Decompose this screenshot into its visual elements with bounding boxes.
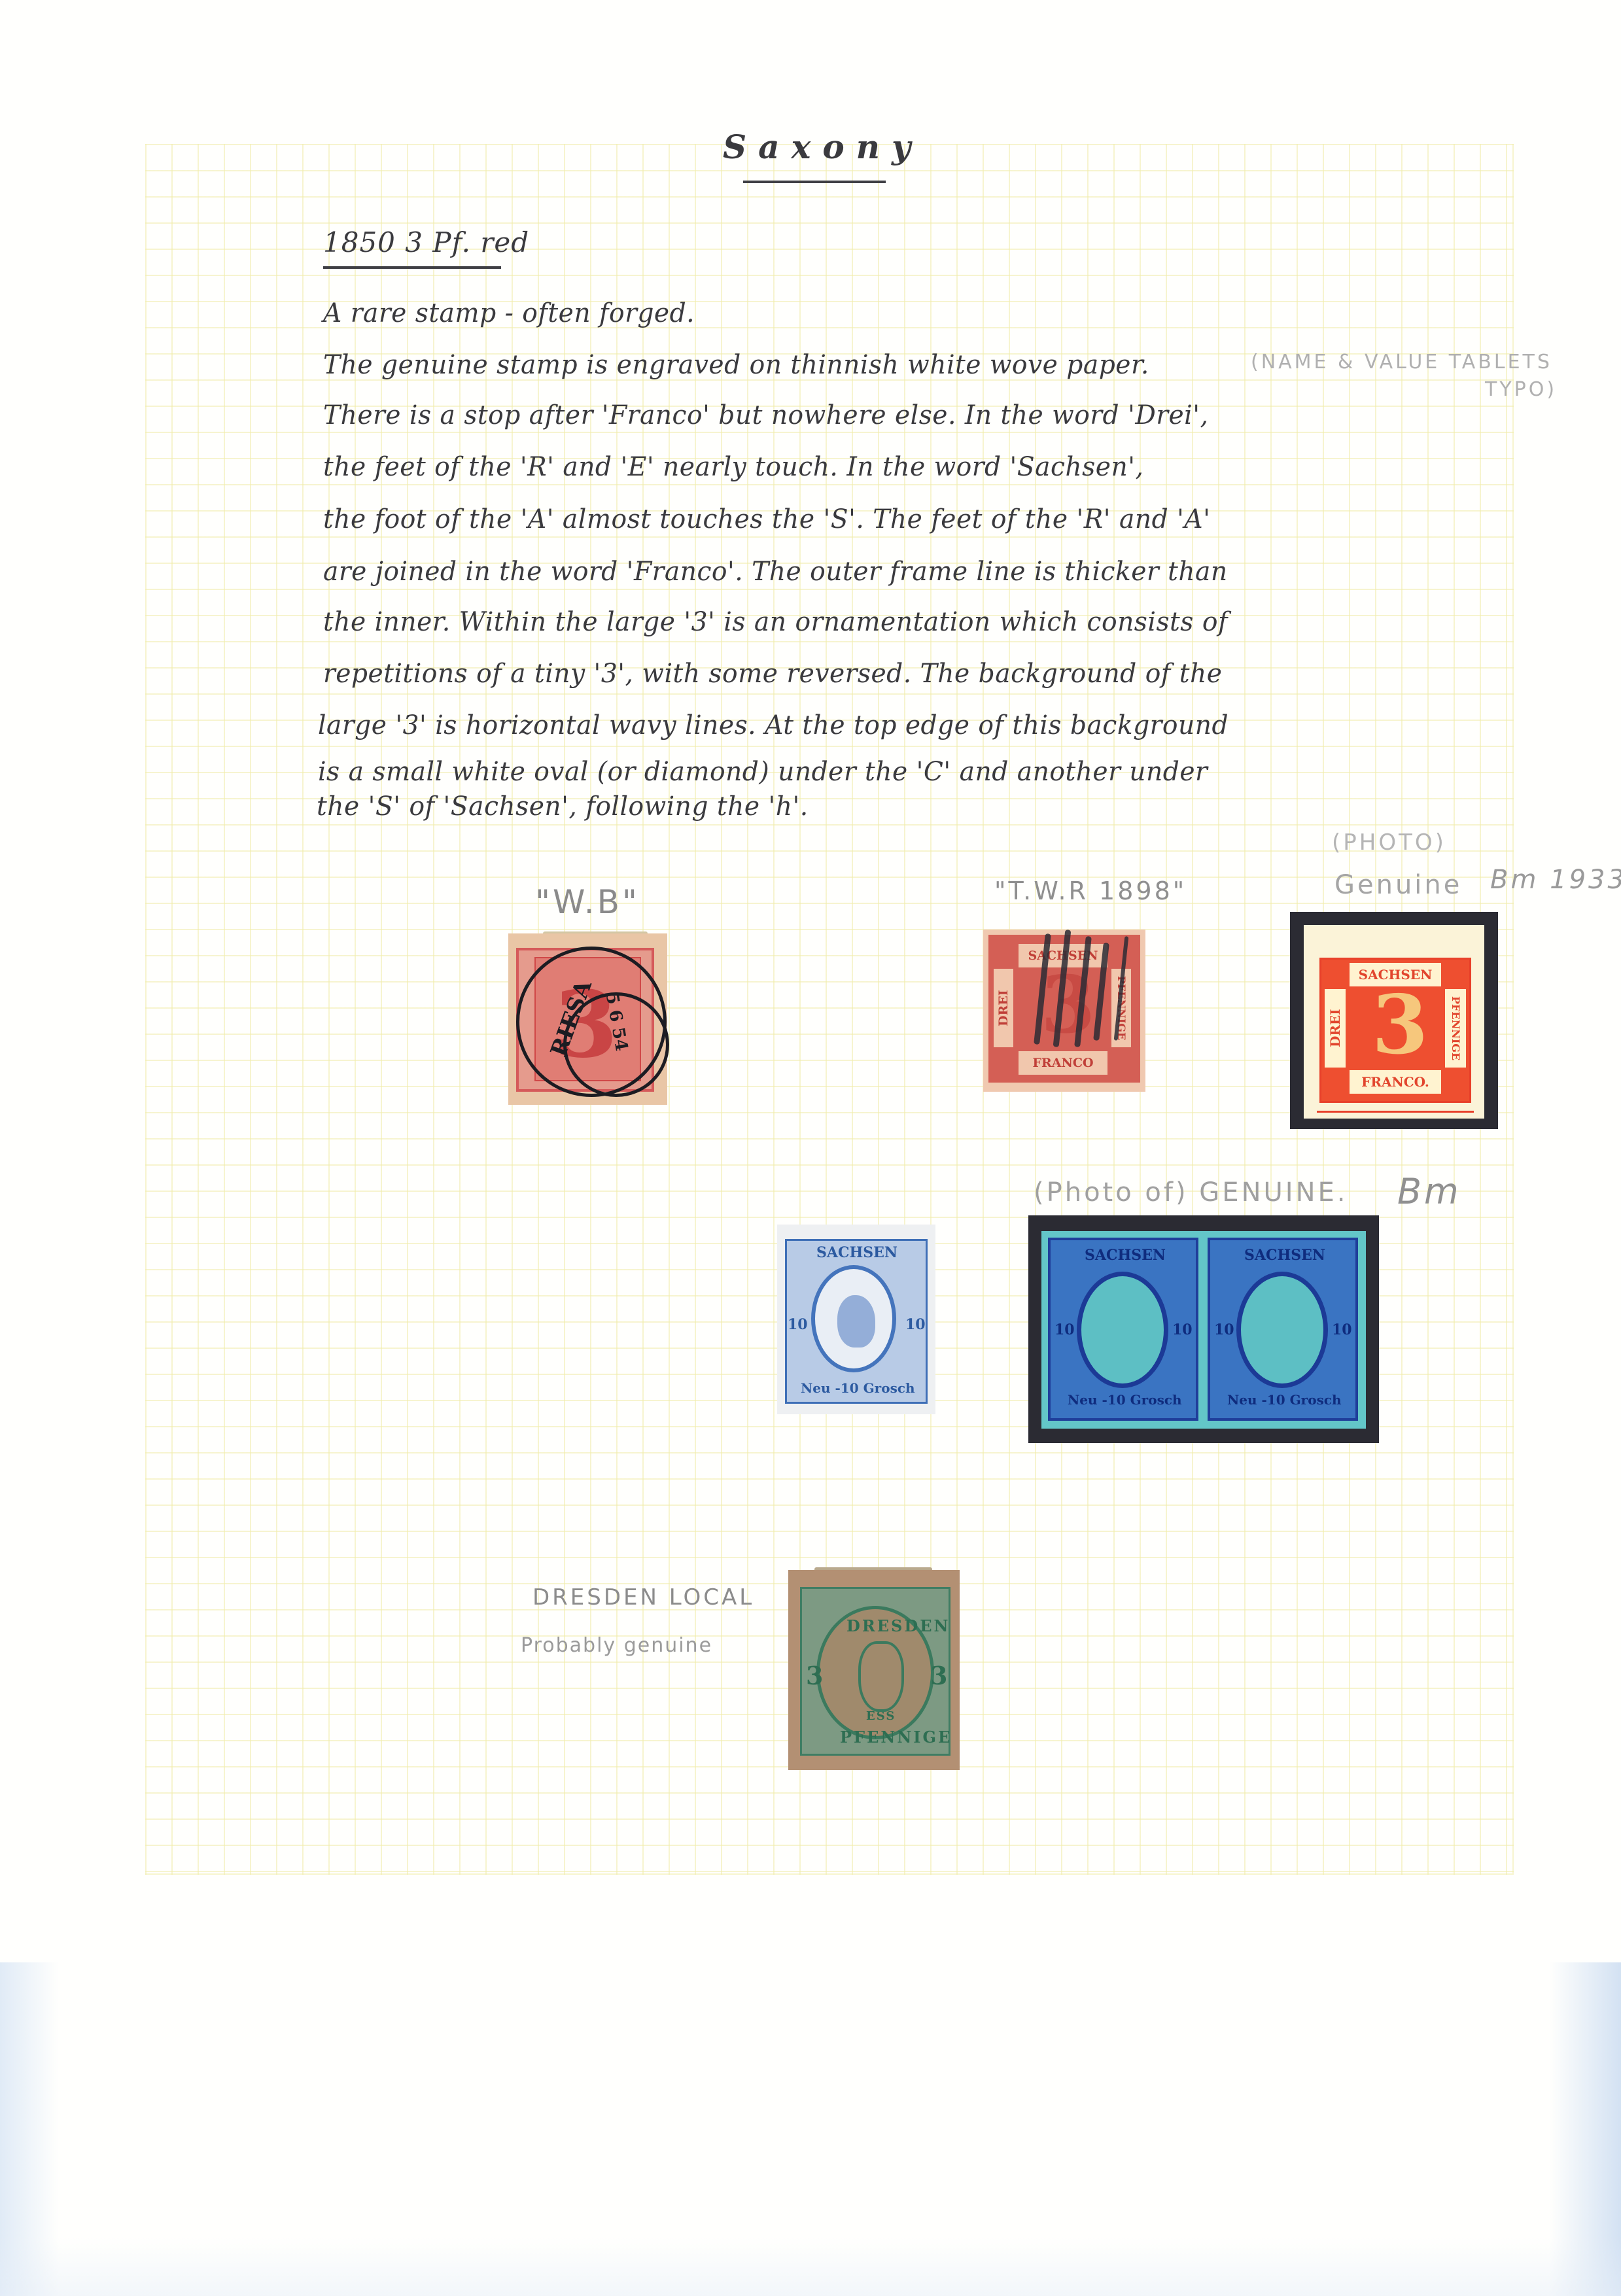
stamp-10ngr-blue-single[interactable]: SACHSEN 10 10 Neu -10 Grosch [777,1225,935,1414]
stamp-right-value: 10 [1172,1321,1193,1338]
paragraph-line: repetitions of a tiny '3', with some rev… [323,659,1222,689]
stamp-bottom-label: PFENNIGE [840,1728,952,1747]
stamp-twr-3pf-red-forgery[interactable]: SACHSEN FRANCO DREI PFENNIGE 3 [983,930,1145,1092]
paragraph-line: A rare stamp - often forged. [323,298,695,328]
stamp-right-value: 10 [1332,1321,1352,1338]
stamp-left-value: 10 [1055,1321,1075,1338]
stamp-frame: DRESDEN PFENNIGE 3 3 ESS [800,1587,950,1756]
page-title: Saxony [723,128,922,166]
stamp-label-twr: "T.W.R 1898" [994,877,1187,905]
expert-signature: Bm 1933 [1490,865,1621,895]
portrait-oval [1077,1272,1168,1388]
stamp-left-value: 10 [1214,1321,1234,1338]
pair-stamp-right: SACHSEN 10 10 Neu -10 Grosch [1208,1238,1358,1421]
stamp-right-value: 10 [905,1316,926,1333]
stamp-left-value: 10 [788,1316,808,1333]
paragraph-line: The genuine stamp is engraved on thinnis… [323,350,1149,380]
issue-heading: 1850 3 Pf. red [323,226,529,258]
stamp-label-genuine: Genuine [1334,870,1462,900]
stamp-wb-3pf-red[interactable]: 3 RIESA 5 6 54 [508,933,667,1105]
stamp-bottom-label: Neu -10 Grosch [801,1380,915,1396]
coat-of-arms-icon [858,1641,904,1712]
stamp-value-numeral: 3 [1372,985,1428,1066]
stamp-top-label: DRESDEN [846,1616,950,1635]
stamp-bottom-tablet: FRANCO [1019,1051,1107,1075]
stamp-photo-genuine-3pf-red[interactable]: SACHSEN FRANCO. DREI PFENNIGE 3 [1304,925,1484,1119]
paragraph-line: the 'S' of 'Sachsen', following the 'h'. [317,791,809,822]
stamp-top-label: SACHSEN [1244,1247,1325,1264]
paragraph-line: are joined in the word 'Franco'. The out… [323,557,1228,587]
margin-note-line1: (NAME & VALUE TABLETS [1251,351,1552,374]
stamp-left-value: 3 [806,1661,823,1690]
stamp-label-photo-genuine: (Photo of) GENUINE. [1034,1177,1348,1208]
stamp-bottom-label: Neu -10 Grosch [1068,1392,1182,1408]
portrait-oval [1236,1272,1328,1388]
stamp-right-value: 3 [930,1661,947,1690]
stamp-label-dresden-local: DRESDEN LOCAL [532,1584,754,1610]
title-underline [743,181,886,183]
margin-note-line2: TYPO) [1485,378,1557,401]
paragraph-line: the feet of the 'R' and 'E' nearly touch… [323,452,1143,482]
portrait-head [837,1295,875,1348]
stamp-dresden-local-3pf-green[interactable]: DRESDEN PFENNIGE 3 3 ESS [788,1570,960,1770]
stamp-top-label: SACHSEN [816,1244,898,1261]
stamp-top-label: SACHSEN [1085,1247,1166,1264]
stamp-label-wb: "W.B" [535,883,640,921]
pair-stamp-left: SACHSEN 10 10 Neu -10 Grosch [1048,1238,1198,1421]
issue-heading-underline [323,266,501,269]
paragraph-line: is a small white oval (or diamond) under… [318,757,1208,787]
stamp-right-tablet: PFENNIGE [1445,989,1466,1068]
paragraph-line: the foot of the 'A' almost touches the '… [323,504,1210,534]
scan-edge-shadow-bottom [0,2237,1621,2296]
paragraph-line: There is a stop after 'Franco' but nowhe… [323,400,1208,430]
paragraph-line: large '3' is horizontal wavy lines. At t… [318,710,1229,740]
stamp-left-tablet: DREI [1325,989,1346,1068]
stamp-10ngr-blue-pair[interactable]: SACHSEN 10 10 Neu -10 Grosch SACHSEN 10 … [1041,1231,1366,1429]
stamp-label-probably-genuine: Probably genuine [521,1634,712,1657]
stamp-bottom-tablet: FRANCO. [1350,1070,1441,1094]
expert-signature-pair: Bm [1397,1171,1461,1212]
stamp-bottom-label: Neu -10 Grosch [1227,1392,1342,1408]
paragraph-line: the inner. Within the large '3' is an or… [323,607,1228,637]
stamp-label-photo: (PHOTO) [1332,829,1446,856]
stamp-left-tablet: DREI [994,969,1013,1047]
stamp-margin-line [1317,1111,1474,1113]
